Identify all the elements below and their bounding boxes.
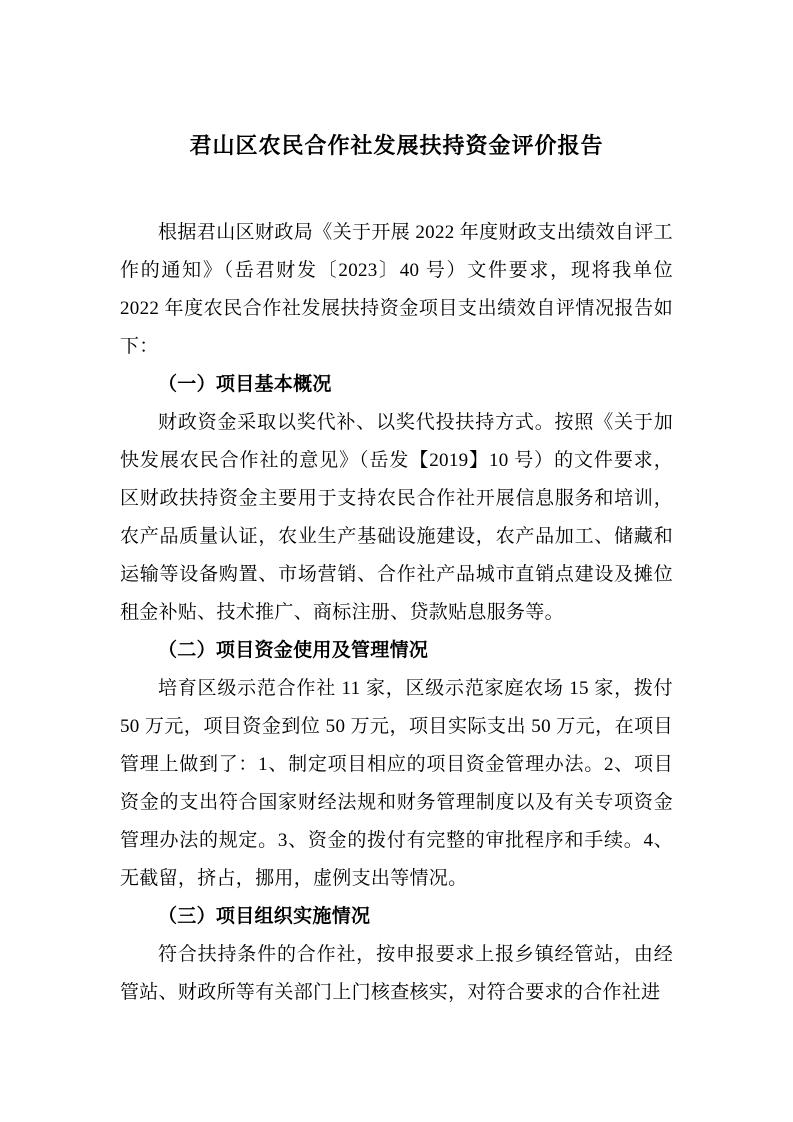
section-heading: （二）项目资金使用及管理情况 [120,632,673,670]
body-paragraph: 根据君山区财政局《关于开展 2022 年度财政支出绩效自评工作的通知》（岳君财发… [120,214,673,366]
body-paragraph: 培育区级示范合作社 11 家，区级示范家庭农场 15 家，拨付 50 万元，项目… [120,670,673,898]
section-heading: （一）项目基本概况 [120,366,673,404]
document-body: 根据君山区财政局《关于开展 2022 年度财政支出绩效自评工作的通知》（岳君财发… [120,214,673,1012]
document-page: 君山区农民合作社发展扶持资金评价报告 根据君山区财政局《关于开展 2022 年度… [0,0,793,1122]
body-paragraph: 财政资金采取以奖代补、以奖代投扶持方式。按照《关于加快发展农民合作社的意见》（岳… [120,404,673,632]
body-paragraph: 符合扶持条件的合作社，按申报要求上报乡镇经管站，由经管站、财政所等有关部门上门核… [120,936,673,1012]
section-heading: （三）项目组织实施情况 [120,898,673,936]
document-title: 君山区农民合作社发展扶持资金评价报告 [120,128,673,164]
